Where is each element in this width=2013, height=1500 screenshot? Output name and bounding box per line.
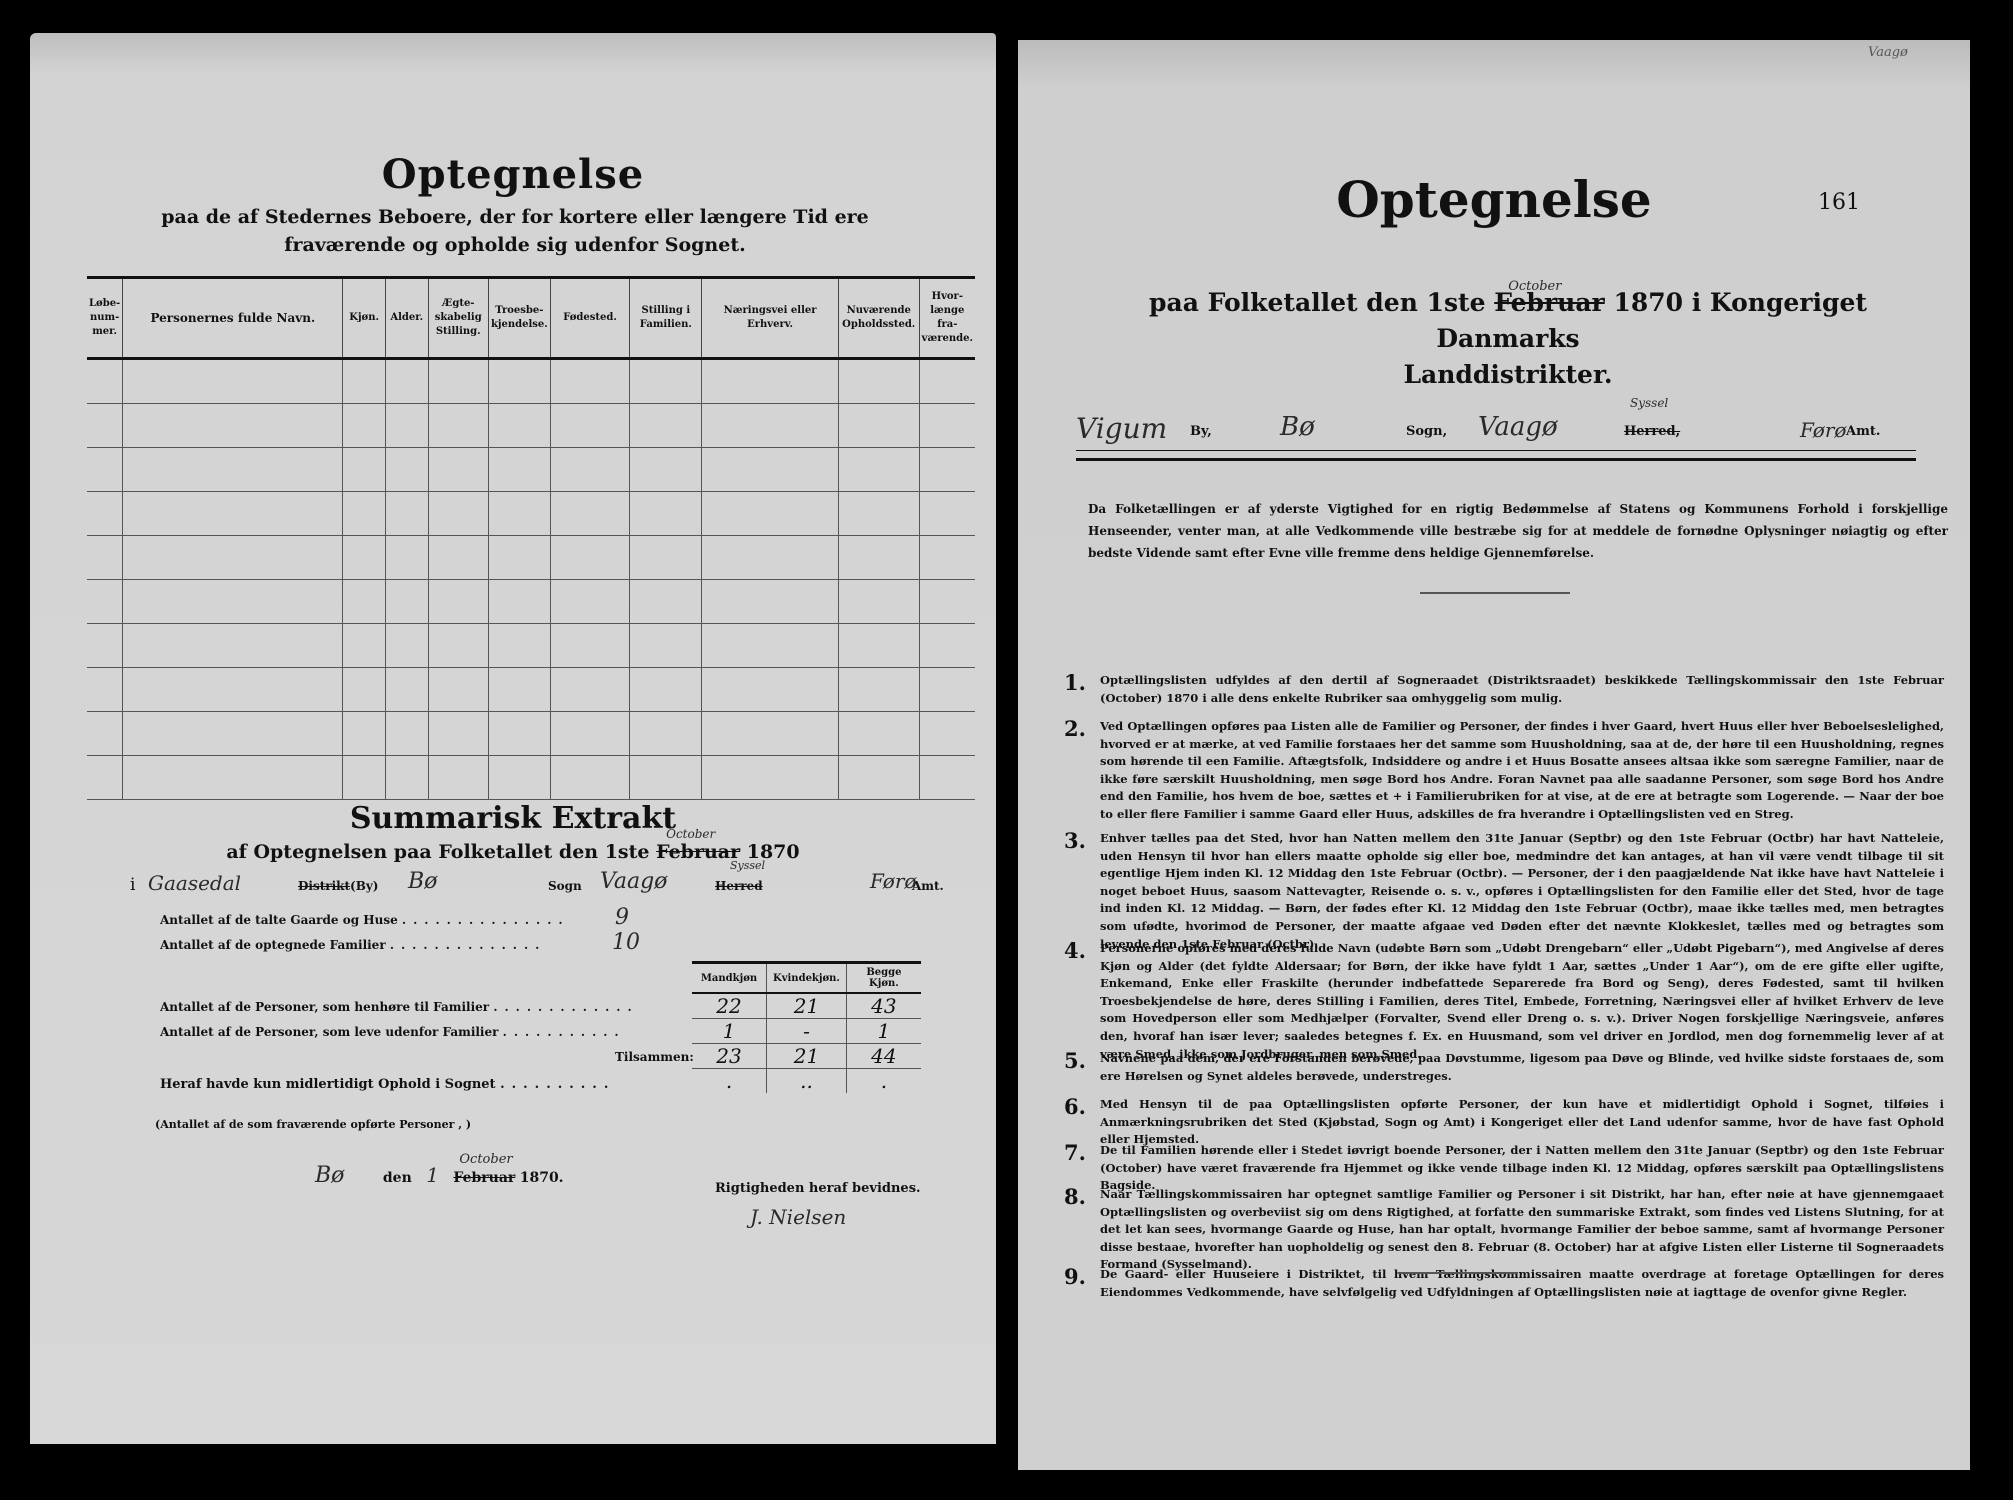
cell: [488, 756, 550, 800]
cell: 23: [692, 1044, 767, 1069]
cell: [343, 448, 385, 492]
district-handwritten: Gaasedal: [148, 871, 241, 895]
families-count: 10: [612, 930, 640, 955]
amt-handwritten: Førø: [1800, 418, 1846, 442]
cell: [838, 492, 919, 536]
cell: [87, 404, 123, 448]
absent-count-note: (Antallet af de som fraværende opførte P…: [155, 1118, 471, 1131]
cell: [919, 624, 975, 668]
cell: [630, 624, 702, 668]
cell: [343, 404, 385, 448]
cell: [702, 536, 838, 580]
cell: [488, 624, 550, 668]
cell: [385, 580, 428, 624]
right-page-subtitle: paa Folketallet den 1ste October Februar…: [1078, 285, 1938, 393]
rule-item: 8.Naar Tællingskommissairen har optegnet…: [1064, 1186, 1944, 1274]
cell: [343, 712, 385, 756]
cell: [630, 448, 702, 492]
table-row: [87, 492, 975, 536]
rule-item: 6.Med Hensyn til de paa Optællingslisten…: [1064, 1096, 1944, 1149]
signature: J. Nielsen: [750, 1205, 846, 1229]
cell: [385, 404, 428, 448]
table-header-row: Løbe-num-mer. Personernes fulde Navn. Kj…: [87, 278, 975, 359]
table-row: [87, 668, 975, 712]
rule-item: 5.Navnene paa dem, der ere Forstanden be…: [1064, 1050, 1944, 1085]
cell: [550, 712, 630, 756]
gender-row-label: Heraf havde kun midlertidigt Ophold i So…: [160, 1077, 615, 1092]
cell: [550, 404, 630, 448]
cell: [123, 448, 343, 492]
herred-handwritten: Vaagø: [600, 869, 667, 894]
rule-text: Enhver tælles paa det Sted, hvor han Nat…: [1100, 830, 1944, 953]
amt-handwritten: Førø: [870, 869, 916, 893]
cell: [702, 492, 838, 536]
cell: [385, 536, 428, 580]
row-label: Heraf havde kun midlertidigt Ophold i So…: [160, 1077, 496, 1092]
rule-text: Optællingslisten udfyldes af den dertil …: [1100, 672, 1944, 707]
cell: [838, 536, 919, 580]
table-row: . .. .: [692, 1069, 921, 1094]
handwritten-month: October: [666, 827, 715, 841]
cell: [123, 668, 343, 712]
syssel-handwritten: Syssel: [730, 859, 765, 872]
rule-number: 3.: [1064, 830, 1100, 953]
cell: [343, 756, 385, 800]
cell: 21: [767, 993, 847, 1019]
cell: [919, 580, 975, 624]
table-row: [87, 756, 975, 800]
cell: [550, 492, 630, 536]
cell: [838, 712, 919, 756]
cell: [838, 404, 919, 448]
summary-title: Summarisk Extrakt: [30, 801, 996, 836]
rule-item: 1.Optællingslisten udfyldes af den derti…: [1064, 672, 1944, 707]
leader-dots: ...........: [503, 1025, 626, 1039]
divider: [1398, 1272, 1518, 1274]
cell: [919, 756, 975, 800]
cell: [702, 624, 838, 668]
district-label-struck: Distrikt: [298, 879, 350, 893]
amt-label: Amt.: [912, 879, 944, 893]
cell: [87, 359, 123, 404]
cell: [123, 359, 343, 404]
table-row: [87, 359, 975, 404]
cell: [702, 580, 838, 624]
left-page-title: Optegnelse: [30, 151, 996, 198]
leader-dots: ..............: [390, 938, 547, 952]
cell: [550, 624, 630, 668]
syssel-handwritten: Syssel: [1630, 396, 1668, 410]
cell: [550, 359, 630, 404]
cell: [630, 668, 702, 712]
line-label: Antallet af de optegnede Familier: [160, 938, 386, 952]
table-row: [87, 448, 975, 492]
cell: 22: [692, 993, 767, 1019]
cell: [343, 624, 385, 668]
cell: 44: [846, 1044, 921, 1069]
col-header: Kjøn.: [343, 278, 385, 359]
herred-label-struck: Herred: [715, 879, 763, 893]
table-row: [87, 404, 975, 448]
divider: [1076, 450, 1916, 451]
total-label: Tilsammen:: [615, 1050, 694, 1064]
rule-text: Personerne opføres med deres fulde Navn …: [1100, 940, 1944, 1063]
cell: [630, 404, 702, 448]
struck-month: Februar: [656, 841, 740, 863]
cell: [838, 448, 919, 492]
by-label: By,: [1190, 424, 1212, 439]
rule-item: 2.Ved Optællingen opføres paa Listen all…: [1064, 718, 1944, 824]
cell: [838, 756, 919, 800]
cell: [123, 404, 343, 448]
absent-table-body: [87, 359, 975, 800]
right-page-title: Optegnelse: [1018, 170, 1970, 229]
cell: [838, 624, 919, 668]
summary-date: Bø den 1 October Februar 1870.: [315, 1163, 564, 1188]
cell: [343, 580, 385, 624]
gender-row-label: Antallet af de Personer, som leve udenfo…: [160, 1025, 626, 1039]
cell: [550, 448, 630, 492]
leader-dots: ...............: [402, 913, 570, 927]
by-label: (By): [350, 879, 378, 893]
handwritten-month: October: [1508, 269, 1561, 305]
rule-text: Ved Optællingen opføres paa Listen alle …: [1100, 718, 1944, 824]
cell: [428, 712, 488, 756]
cell: [428, 536, 488, 580]
rule-number: 2.: [1064, 718, 1100, 824]
cell: [488, 404, 550, 448]
cell: [428, 580, 488, 624]
table-row: 22 21 43: [692, 993, 921, 1019]
subtitle-prefix: paa Folketallet den 1ste: [1149, 288, 1485, 317]
houses-count: 9: [615, 905, 629, 930]
cell: [428, 492, 488, 536]
cell: [428, 624, 488, 668]
cell: [702, 668, 838, 712]
col-header-male: Mandkjøn: [692, 963, 767, 994]
col-header: Løbe-num-mer.: [87, 278, 123, 359]
cell: [343, 359, 385, 404]
cell: [123, 580, 343, 624]
rule-number: 1.: [1064, 672, 1100, 707]
sogn-label: Sogn,: [1406, 424, 1447, 439]
cell: [343, 492, 385, 536]
cell: [919, 448, 975, 492]
cell: [87, 668, 123, 712]
cell: [919, 404, 975, 448]
amt-label: Amt.: [1846, 424, 1880, 439]
herred-label-struck: Herred,: [1624, 424, 1680, 439]
gender-header-row: Mandkjøn Kvindekjøn. Begge Kjøn.: [692, 963, 921, 994]
cell: [630, 756, 702, 800]
cell: [87, 624, 123, 668]
cell: [702, 448, 838, 492]
leader-dots: .............: [493, 1000, 638, 1014]
cell: [550, 580, 630, 624]
cell: [385, 624, 428, 668]
table-row: 23 21 44: [692, 1044, 921, 1069]
cell: -: [767, 1019, 847, 1044]
cell: [343, 668, 385, 712]
cell: [488, 712, 550, 756]
row-label: Antallet af de Personer, som henhøre til…: [160, 1000, 489, 1014]
cell: [488, 536, 550, 580]
cell: [87, 448, 123, 492]
col-header: Hvor-længe fra-værende.: [919, 278, 975, 359]
divider: [1420, 592, 1570, 594]
gender-count-table: Mandkjøn Kvindekjøn. Begge Kjøn. 22 21 4…: [692, 961, 921, 1093]
col-header-both: Begge Kjøn.: [846, 963, 921, 994]
table-row: [87, 580, 975, 624]
summary-subtitle: af Optegnelsen paa Folketallet den 1ste …: [30, 841, 996, 863]
cell: [488, 668, 550, 712]
cell: [428, 404, 488, 448]
divider: [1076, 458, 1916, 461]
cell: [838, 668, 919, 712]
cell: [630, 580, 702, 624]
cell: [385, 756, 428, 800]
cell: [123, 536, 343, 580]
cell: [343, 536, 385, 580]
cell: [838, 580, 919, 624]
col-header: Stilling i Familien.: [630, 278, 702, 359]
rule-text: Navnene paa dem, der ere Forstanden berø…: [1100, 1050, 1944, 1085]
cell: [428, 756, 488, 800]
leader-dots: ..........: [500, 1077, 615, 1092]
summary-prefix: i: [130, 875, 135, 895]
cell: [123, 624, 343, 668]
cell: [87, 536, 123, 580]
cell: [630, 712, 702, 756]
col-header-female: Kvindekjøn.: [767, 963, 847, 994]
cell: .: [692, 1069, 767, 1094]
col-header: Alder.: [385, 278, 428, 359]
parish-handwritten: Bø: [408, 869, 437, 894]
cell: [630, 492, 702, 536]
cell: [385, 712, 428, 756]
rule-text: Naar Tællingskommissairen har optegnet s…: [1100, 1186, 1944, 1274]
gender-row-label: Antallet af de Personer, som henhøre til…: [160, 1000, 639, 1014]
left-page: Optegnelse paa de af Stedernes Beboere, …: [30, 33, 996, 1444]
cell: [630, 536, 702, 580]
cell: [428, 668, 488, 712]
col-header: Fødested.: [550, 278, 630, 359]
rule-number: 4.: [1064, 940, 1100, 1063]
cell: [702, 712, 838, 756]
cell: [919, 536, 975, 580]
sogn-handwritten: Bø: [1280, 412, 1315, 442]
herred-handwritten: Vaagø: [1478, 412, 1558, 442]
rule-item: 3.Enhver tælles paa det Sted, hvor han N…: [1064, 830, 1944, 953]
table-row: [87, 624, 975, 668]
cell: [919, 359, 975, 404]
col-header: Næringsvei eller Erhverv.: [702, 278, 838, 359]
cell: [838, 359, 919, 404]
date-month-struck: Februar: [453, 1170, 515, 1186]
left-page-subtitle: paa de af Stedernes Beboere, der for kor…: [100, 203, 930, 259]
cell: 21: [767, 1044, 847, 1069]
cell: [919, 668, 975, 712]
summary-line-houses: Antallet af de talte Gaarde og Huse ....…: [160, 913, 570, 927]
cell: [385, 668, 428, 712]
summary-subtitle-prefix: af Optegnelsen paa Folketallet den 1ste: [226, 841, 649, 863]
cell: [488, 492, 550, 536]
intro-paragraph: Da Folketællingen er af yderste Vigtighe…: [1088, 498, 1948, 564]
summary-line-families: Antallet af de optegnede Familier ......…: [160, 938, 546, 952]
sogn-label: Sogn: [548, 879, 582, 893]
col-header: Personernes fulde Navn.: [123, 278, 343, 359]
cell: [550, 668, 630, 712]
cell: [488, 359, 550, 404]
corner-note: Vaagø: [1868, 45, 1908, 60]
rule-item: 4.Personerne opføres med deres fulde Nav…: [1064, 940, 1944, 1063]
col-header: Troesbe-kjendelse.: [488, 278, 550, 359]
date-place-handwritten: Bø: [315, 1163, 344, 1188]
cell: [385, 359, 428, 404]
cell: [702, 359, 838, 404]
attestation-text: Rigtigheden heraf bevidnes.: [715, 1181, 921, 1196]
cell: [87, 580, 123, 624]
cell: [702, 756, 838, 800]
cell: [550, 536, 630, 580]
rule-number: 5.: [1064, 1050, 1100, 1085]
table-row: 1 - 1: [692, 1019, 921, 1044]
cell: [550, 756, 630, 800]
cell: [428, 359, 488, 404]
cell: [123, 492, 343, 536]
cell: [87, 712, 123, 756]
row-label: Antallet af de Personer, som leve udenfo…: [160, 1025, 498, 1039]
cell: [488, 580, 550, 624]
table-row: [87, 712, 975, 756]
table-row: [87, 536, 975, 580]
district-label: Distrikt(By): [298, 879, 379, 893]
rule-text: De Gaard- eller Huuseiere i Distriktet, …: [1100, 1266, 1944, 1301]
cell: [919, 492, 975, 536]
right-page: Vaagø 161 Optegnelse paa Folketallet den…: [1018, 40, 1970, 1470]
col-header: Nuværende Opholdssted.: [838, 278, 919, 359]
rule-number: 8.: [1064, 1186, 1100, 1274]
cell: 1: [692, 1019, 767, 1044]
date-den: den: [383, 1170, 412, 1186]
rule-number: 9.: [1064, 1266, 1100, 1301]
cell: [87, 492, 123, 536]
cell: [488, 448, 550, 492]
col-header: Ægte-skabelig Stilling.: [428, 278, 488, 359]
cell: [123, 756, 343, 800]
cell: [428, 448, 488, 492]
cell: [385, 492, 428, 536]
cell: [87, 756, 123, 800]
cell: [630, 359, 702, 404]
rule-text: Med Hensyn til de paa Optællingslisten o…: [1100, 1096, 1944, 1149]
cell: [385, 448, 428, 492]
cell: [123, 712, 343, 756]
line-label: Antallet af de talte Gaarde og Huse: [160, 913, 398, 927]
cell: [702, 404, 838, 448]
date-month-handwritten: October: [459, 1152, 512, 1167]
date-year: 1870.: [520, 1170, 564, 1186]
cell: [919, 712, 975, 756]
cell: 1: [846, 1019, 921, 1044]
by-handwritten: Vigum: [1076, 412, 1167, 445]
cell: 43: [846, 993, 921, 1019]
cell: ..: [767, 1069, 847, 1094]
subtitle-line2: Landdistrikter.: [1403, 360, 1612, 389]
cell: .: [846, 1069, 921, 1094]
date-day-handwritten: 1: [426, 1163, 439, 1187]
absent-persons-table: Løbe-num-mer. Personernes fulde Navn. Kj…: [87, 276, 975, 800]
